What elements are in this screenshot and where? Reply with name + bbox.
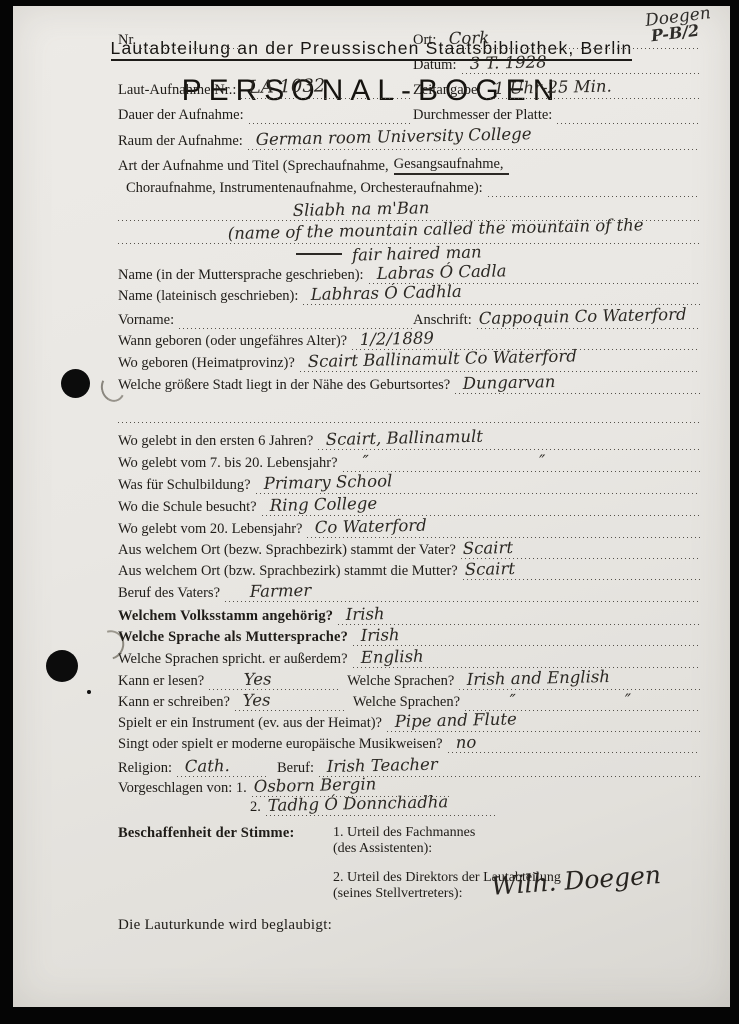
punch-hole-upper	[61, 369, 90, 398]
nr-label: Nr.	[118, 32, 141, 49]
schule-value: Ring College	[269, 494, 377, 515]
row-art-1: Art der Aufnahme und Titel (Sprechaufnah…	[118, 150, 700, 175]
row-volksstamm: Welchem Volksstamm angehörig? Irish	[118, 602, 700, 625]
ink-speck	[87, 690, 91, 694]
durchmesser-label: Durchmesser der Platte:	[413, 107, 557, 124]
zeit-value: 1 Uhr-25 Min.	[494, 77, 612, 98]
volksstamm-label: Welchem Volksstamm angehörig?	[118, 608, 338, 625]
vom20-label: Wo gelebt vom 20. Lebensjahr?	[118, 521, 307, 538]
instrument-value: Pipe and Flute	[395, 709, 517, 731]
row-ausserdem: Welche Sprachen spricht. er außerdem? En…	[118, 646, 700, 668]
row-lautnr-zeit: Laut-Aufnahme Nr.: LA 1032 Zeitangabe: 1…	[118, 74, 700, 99]
mutter-ort-value: Scairt	[464, 559, 515, 579]
laut-label: Laut-Aufnahme Nr.:	[118, 82, 241, 99]
ort-label: Ort:	[413, 32, 441, 49]
dauer-line	[249, 106, 413, 124]
ort-line: Cork	[441, 31, 700, 49]
ausserdem-label: Welche Sprachen spricht. er außerdem?	[118, 651, 353, 668]
vom20-value: Co Waterford	[315, 516, 427, 537]
beruf-vater-label: Beruf des Vaters?	[118, 585, 225, 602]
instrument-label: Spielt er ein Instrument (ev. aus der He…	[118, 715, 387, 732]
musik-value: no	[455, 733, 476, 752]
scanned-document-page: Doegen P-B/2 Lautabteilung an der Preuss…	[0, 0, 739, 1024]
zeit-label: Zeitangabe:	[413, 82, 486, 99]
row-schreiben: Kann er schreiben? Yes Welche Sprachen? …	[118, 690, 700, 711]
muttersprache-line: Irish	[353, 628, 700, 646]
beglaubigt-label: Die Lauturkunde wird beglaubigt:	[118, 917, 700, 934]
row-vater-ort: Aus welchem Ort (bezw. Sprachbezirk) sta…	[118, 538, 700, 559]
row-7bis20: Wo gelebt vom 7. bis 20. Lebensjahr? ″ ″	[118, 450, 700, 472]
muttersprache-value: Irish	[361, 625, 400, 645]
raum-label: Raum der Aufnahme:	[118, 133, 248, 150]
lesen-sprachen-value: Irish and English	[467, 667, 611, 689]
wo-geboren-line: Scairt Ballinamult Co Waterford	[300, 354, 700, 372]
beruf-vater-line: Farmer	[225, 584, 700, 602]
mutter-ort-label: Aus welchem Ort (bzw. Sprachbezirk) stam…	[118, 563, 463, 580]
punch-hole-lower	[46, 650, 78, 682]
mutter-ort-line: Scairt	[463, 562, 700, 580]
form: Nr. Ort: Cork Datum: 3 T. 1928	[118, 25, 700, 934]
vorgeschlagen-2-value: Tadhg Ó Donnchadha	[267, 792, 448, 815]
beruf-line: Irish Teacher	[319, 759, 700, 777]
schreiben-ditto-a: ″	[510, 691, 517, 710]
row-schule: Wo die Schule besucht? Ring College	[118, 494, 700, 516]
schreiben-value: Yes	[243, 690, 271, 710]
row-lesen: Kann er lesen? Yes Welche Sprachen? Iris…	[118, 668, 700, 690]
datum-line: 3 T. 1928	[462, 56, 701, 74]
vom20-line: Co Waterford	[307, 520, 700, 538]
laut-line: LA 1032	[241, 81, 413, 99]
schulbildung-line: Primary School	[256, 476, 700, 494]
vorname-line	[179, 311, 413, 329]
row-instrument: Spielt er ein Instrument (ev. aus der He…	[118, 711, 700, 732]
ausserdem-line: English	[353, 650, 700, 668]
row-erste6: Wo gelebt in den ersten 6 Jahren? Scairt…	[118, 423, 700, 450]
religion-label: Religion:	[118, 760, 177, 777]
stadt-line: Dungarvan	[455, 376, 700, 394]
schulbildung-label: Was für Schulbildung?	[118, 477, 256, 494]
row-vom20: Wo gelebt vom 20. Lebensjahr? Co Waterfo…	[118, 516, 700, 538]
row-geboren: Wann geboren (oder ungefähres Alter)? 1/…	[118, 329, 700, 350]
lesen-line: Yes	[209, 672, 339, 690]
row-schulbildung: Was für Schulbildung? Primary School	[118, 472, 700, 494]
erste6-line: Scairt, Ballinamult	[318, 432, 700, 450]
volksstamm-line: Irish	[338, 607, 700, 625]
row-nr-ort: Nr. Ort: Cork	[118, 25, 700, 49]
row-religion-beruf: Religion: Cath. Beruf: Irish Teacher	[118, 753, 700, 777]
lesen-sprachen-line: Irish and English	[459, 672, 700, 690]
geboren-label: Wann geboren (oder ungefähres Alter)?	[118, 333, 352, 350]
lesen-label: Kann er lesen?	[118, 673, 209, 690]
stimme-label: Beschaffenheit der Stimme:	[118, 825, 333, 842]
religion-value: Cath.	[185, 756, 230, 776]
nr-line	[141, 31, 251, 49]
row-name-mutter: Name (in der Muttersprache geschrieben):…	[118, 263, 700, 284]
beruf-label: Beruf:	[267, 760, 319, 777]
art-underlined-option: Gesangsaufnahme,	[394, 156, 509, 175]
j7bis20-label: Wo gelebt vom 7. bis 20. Lebensjahr?	[118, 455, 343, 472]
row-vorname-anschrift: Vorname: Anschrift: Cappoquin Co Waterfo…	[118, 305, 700, 329]
volksstamm-value: Irish	[346, 604, 385, 624]
muttersprache-label: Welche Sprache als Muttersprache?	[118, 629, 353, 646]
name-latein-label: Name (lateinisch geschrieben):	[118, 288, 303, 305]
beruf-value: Irish Teacher	[327, 755, 438, 776]
art-line	[488, 179, 700, 197]
schule-label: Wo die Schule besucht?	[118, 499, 262, 516]
titel-value: Sliabh na m'Ban	[293, 198, 430, 220]
vorgeschlagen-label: Vorgeschlagen von: 1.	[118, 780, 252, 797]
paper-sheet: Doegen P-B/2 Lautabteilung an der Preuss…	[13, 6, 730, 1007]
name-mutter-line: Labras Ó Cadla	[369, 266, 700, 284]
anschrift-value: Cappoquin Co Waterford	[478, 305, 686, 328]
row-raum: Raum der Aufnahme: German room Universit…	[118, 124, 700, 150]
urteil1-line1: 1. Urteil des Fachmannes	[333, 825, 561, 841]
j7bis20-ditto-a: ″	[362, 452, 369, 471]
dauer-label: Dauer der Aufnahme:	[118, 107, 249, 124]
row-stadt: Welche größere Stadt liegt in der Nähe d…	[118, 372, 700, 394]
wo-geboren-label: Wo geboren (Heimatprovinz)?	[118, 355, 300, 372]
religion-line: Cath.	[177, 759, 267, 777]
vorgeschlagen-num2: 2.	[250, 799, 266, 816]
separator-line	[118, 405, 700, 423]
laut-value: LA 1032	[249, 75, 326, 98]
row-dauer-durchmesser: Dauer der Aufnahme: Durchmesser der Plat…	[118, 99, 700, 124]
vorgeschlagen-1-value: Osborn Bergin	[253, 774, 376, 796]
row-titel-note-2: fair haired man	[118, 244, 700, 263]
geboren-value: 1/2/1889	[360, 328, 434, 349]
stadt-label: Welche größere Stadt liegt in der Nähe d…	[118, 377, 455, 394]
musik-line: no	[448, 735, 700, 753]
schreiben-line: Yes	[235, 693, 345, 711]
raum-value: German room University College	[255, 124, 531, 149]
row-separator	[118, 394, 700, 423]
schule-line: Ring College	[262, 498, 700, 516]
name-latein-value: Labhras Ó Cadhla	[311, 282, 462, 304]
art-label-2: Choraufnahme, Instrumentenaufnahme, Orch…	[126, 180, 488, 197]
vorname-label: Vorname:	[118, 312, 179, 329]
j7bis20-line: ″ ″	[343, 454, 700, 472]
datum-value: 3 T. 1928	[469, 52, 546, 73]
vater-ort-value: Scairt	[462, 538, 513, 558]
raum-line: German room University College	[248, 132, 700, 150]
name-latein-line: Labhras Ó Cadhla	[303, 287, 700, 305]
musik-label: Singt oder spielt er moderne europäische…	[118, 736, 448, 753]
zeit-line: 1 Uhr-25 Min.	[486, 81, 700, 99]
hand-dash	[296, 252, 342, 255]
wo-geboren-value: Scairt Ballinamult Co Waterford	[307, 346, 576, 371]
row-titel-note-1: (name of the mountain called the mountai…	[118, 221, 700, 244]
erste6-label: Wo gelebt in den ersten 6 Jahren?	[118, 433, 318, 450]
titel-note-line: (name of the mountain called the mountai…	[118, 226, 700, 244]
lesen-sprachen-label: Welche Sprachen?	[339, 673, 459, 690]
row-datum: Datum: 3 T. 1928	[118, 49, 700, 74]
form-content: Nr. Ort: Cork Datum: 3 T. 1928	[118, 6, 700, 934]
name-mutter-label: Name (in der Muttersprache geschrieben):	[118, 267, 369, 284]
row-vorgeschlagen-2: 2. Tadhg Ó Donnchadha	[118, 797, 700, 816]
schreiben-ditto-b: ″	[625, 691, 631, 710]
vorgeschlagen-2-line: Tadhg Ó Donnchadha	[266, 798, 496, 816]
ausserdem-value: English	[360, 647, 423, 667]
schreiben-sprachen-label: Welche Sprachen?	[345, 694, 465, 711]
datum-label: Datum:	[413, 57, 462, 74]
vater-ort-label: Aus welchem Ort (bezw. Sprachbezirk) sta…	[118, 542, 461, 559]
row-name-latein: Name (lateinisch geschrieben): Labhras Ó…	[118, 284, 700, 305]
j7bis20-ditto-b: ″	[539, 452, 545, 471]
lesen-value: Yes	[244, 669, 272, 689]
stadt-value: Dungarvan	[463, 372, 556, 393]
beruf-vater-value: Farmer	[250, 581, 312, 601]
instrument-line: Pipe and Flute	[387, 714, 700, 732]
row-wo-geboren: Wo geboren (Heimatprovinz)? Scairt Balli…	[118, 350, 700, 372]
art-label-1: Art der Aufnahme und Titel (Sprechaufnah…	[118, 158, 394, 175]
schreiben-sprachen-line: ″ ″	[465, 693, 700, 711]
row-muttersprache: Welche Sprache als Muttersprache? Irish	[118, 625, 700, 646]
durchmesser-line	[557, 106, 700, 124]
urteil1-line2: (des Assistenten):	[333, 841, 561, 857]
name-mutter-value: Labras Ó Cadla	[376, 261, 506, 283]
row-mutter-ort: Aus welchem Ort (bzw. Sprachbezirk) stam…	[118, 559, 700, 580]
schreiben-label: Kann er schreiben?	[118, 694, 235, 711]
row-musik: Singt oder spielt er moderne europäische…	[118, 732, 700, 753]
anschrift-label: Anschrift:	[413, 312, 477, 329]
anschrift-line: Cappoquin Co Waterford	[477, 311, 700, 329]
erste6-value: Scairt, Ballinamult	[326, 427, 483, 449]
ort-value: Cork	[449, 28, 490, 48]
vater-ort-line: Scairt	[461, 541, 700, 559]
row-art-2: Choraufnahme, Instrumentenaufnahme, Orch…	[118, 175, 700, 197]
row-beruf-vater: Beruf des Vaters? Farmer	[118, 580, 700, 602]
schulbildung-value: Primary School	[263, 471, 392, 493]
